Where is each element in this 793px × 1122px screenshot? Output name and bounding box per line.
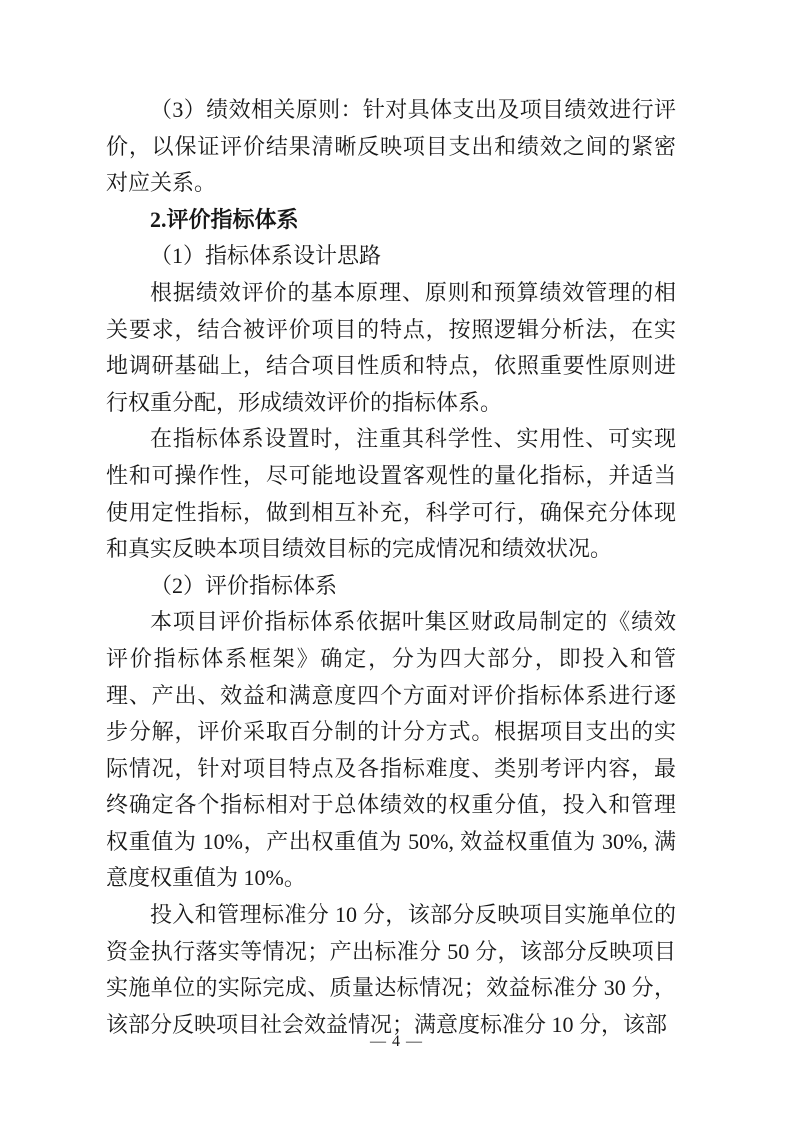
subheading-indicator-design-approach: （1）指标体系设计思路 [106,238,676,275]
subheading-evaluation-indicator-system: （2）评价指标体系 [106,568,676,605]
document-page: （3）绩效相关原则：针对具体支出及项目绩效进行评价，以保证评价结果清晰反映项目支… [0,0,793,1122]
paragraph-design-approach-body: 根据绩效评价的基本原理、原则和预算绩效管理的相关要求，结合被评价项目的特点，按照… [106,275,676,421]
page-footer: — 4 — [0,1031,793,1053]
paragraph-performance-relevance-principle: （3）绩效相关原则：针对具体支出及项目绩效进行评价，以保证评价结果清晰反映项目支… [106,92,676,202]
paragraph-standard-scores: 投入和管理标准分 10 分，该部分反映项目实施单位的资金执行落实等情况；产出标准… [106,897,676,1043]
document-body: （3）绩效相关原则：针对具体支出及项目绩效进行评价，以保证评价结果清晰反映项目支… [106,92,676,1043]
page-number: — 4 — [370,1033,423,1050]
paragraph-indicator-setup-principles: 在指标体系设置时，注重其科学性、实用性、可实现性和可操作性，尽可能地设置客观性的… [106,421,676,567]
paragraph-indicator-framework-weights: 本项目评价指标体系依据叶集区财政局制定的《绩效评价指标体系框架》确定，分为四大部… [106,604,676,897]
section-heading-evaluation-indicator-system: 2.评价指标体系 [106,202,676,239]
